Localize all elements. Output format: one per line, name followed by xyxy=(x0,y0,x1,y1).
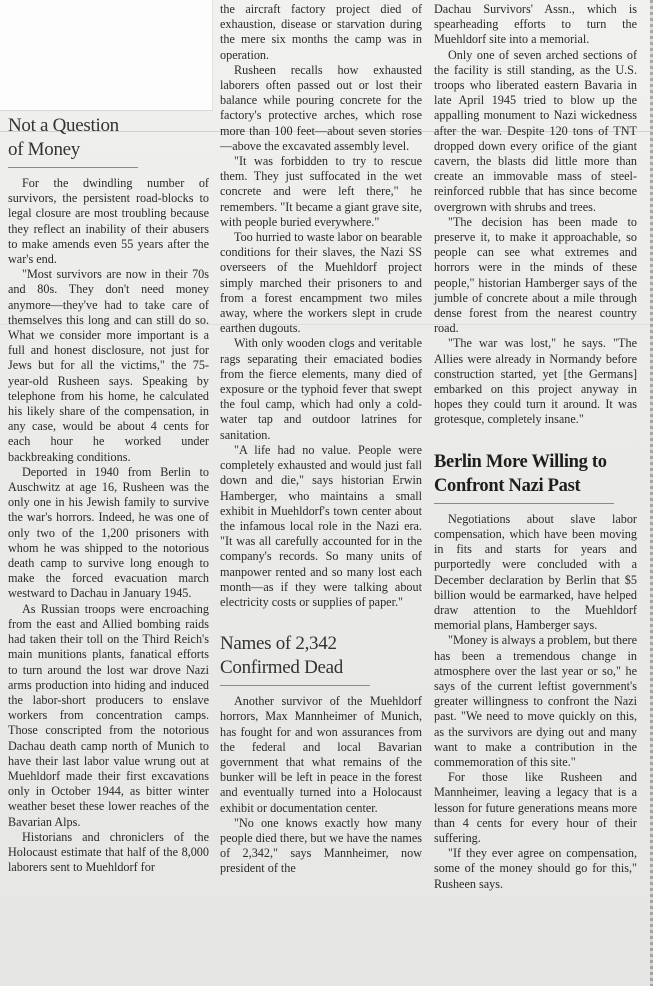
paragraph: For the dwindling number of survivors, t… xyxy=(8,176,209,267)
article-column-1: Not a Question of Money For the dwindlin… xyxy=(8,114,209,875)
paragraph: "Money is always a problem, but there ha… xyxy=(434,633,637,770)
article-column-2: the aircraft factory project died of exh… xyxy=(220,2,422,877)
paragraph: Deported in 1940 from Berlin to Auschwit… xyxy=(8,465,209,602)
paragraph: "A life had no value. People were comple… xyxy=(220,443,422,610)
paragraph-continued: the aircraft factory project died of exh… xyxy=(220,2,422,63)
subhead-berlin-more-willing: Berlin More Willing to Confront Nazi Pas… xyxy=(434,450,614,504)
paragraph: For those like Rusheen and Mannheimer, l… xyxy=(434,770,637,846)
paragraph: "It was forbidden to try to rescue them.… xyxy=(220,154,422,230)
paragraph: "If they ever agree on compensation, som… xyxy=(434,846,637,892)
paragraph: "The war was lost," he says. "The Allies… xyxy=(434,336,637,427)
paragraph: "No one knows exactly how many people di… xyxy=(220,816,422,877)
paragraph: Historians and chroniclers of the Holoca… xyxy=(8,830,209,876)
paragraph: "The decision has been made to preserve … xyxy=(434,215,637,337)
article-column-3: Dachau Survivors' Assn., which is spearh… xyxy=(434,2,637,892)
paragraph: Only one of seven arched sections of the… xyxy=(434,48,637,215)
paragraph: With only wooden clogs and veritable rag… xyxy=(220,336,422,442)
paragraph: "Most survivors are now in their 70s and… xyxy=(8,267,209,465)
subhead-not-a-question-of-money: Not a Question of Money xyxy=(8,114,138,168)
paragraph: Too hurried to waste labor on bearable c… xyxy=(220,230,422,336)
subhead-names-of-confirmed-dead: Names of 2,342 Confirmed Dead xyxy=(220,632,370,686)
blank-clipping-area xyxy=(0,0,213,111)
paragraph: Negotiations about slave labor compensat… xyxy=(434,512,637,634)
paragraph: As Russian troops were encroaching from … xyxy=(8,602,209,830)
paragraph: Rusheen recalls how exhausted laborers o… xyxy=(220,63,422,154)
paragraph: Another survivor of the Muehldorf horror… xyxy=(220,694,422,816)
newspaper-page: Not a Question of Money For the dwindlin… xyxy=(0,0,653,986)
paragraph-continued: Dachau Survivors' Assn., which is spearh… xyxy=(434,2,637,48)
